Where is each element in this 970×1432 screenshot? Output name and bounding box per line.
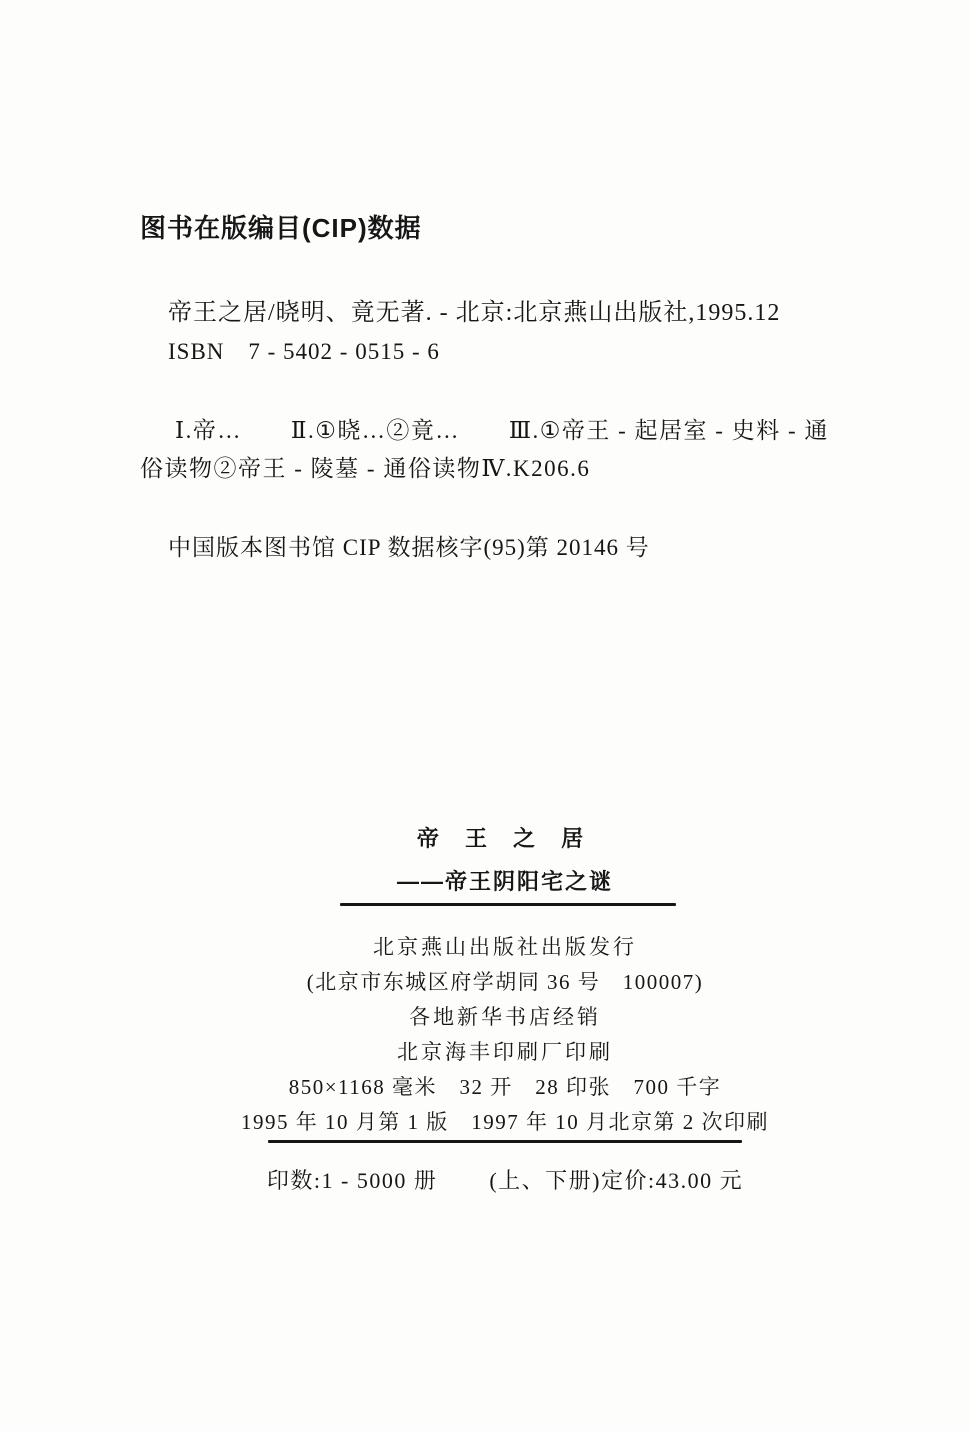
- distribution-line: 各地新华书店经销: [240, 1000, 770, 1035]
- divider-line-top: [340, 903, 676, 906]
- divider-line-bottom: [268, 1140, 742, 1143]
- cip-classification-line-2: 俗读物②帝王 - 陵墓 - 通俗读物Ⅳ.K206.6: [140, 450, 590, 483]
- edition-line: 1995 年 10 月第 1 版 1997 年 10 月北京第 2 次印刷: [240, 1105, 770, 1140]
- book-subtitle: ——帝王阴阳宅之谜: [240, 865, 770, 896]
- book-title: 帝 王 之 居: [240, 822, 770, 853]
- cip-record-line: 帝王之居/晓明、竟无著. - 北京:北京燕山出版社,1995.12: [168, 292, 780, 327]
- publisher-line: 北京燕山出版社出版发行: [240, 930, 770, 965]
- cip-heading: 图书在版编目(CIP)数据: [140, 208, 422, 245]
- cip-classification-line-1: Ⅰ.帝… Ⅱ.①晓…②竟… Ⅲ.①帝王 - 起居室 - 史料 - 通: [175, 412, 829, 445]
- colophon-details-block: 北京燕山出版社出版发行 (北京市东城区府学胡同 36 号 100007) 各地新…: [240, 930, 770, 1140]
- isbn-line: ISBN 7 - 5402 - 0515 - 6: [168, 333, 440, 366]
- colophon-title-block: 帝 王 之 居 ——帝王阴阳宅之谜: [240, 822, 770, 896]
- publisher-address-line: (北京市东城区府学胡同 36 号 100007): [240, 965, 770, 1000]
- print-run-price-line: 印数:1 - 5000 册 (上、下册)定价:43.00 元: [240, 1164, 770, 1195]
- price-text: (上、下册)定价:43.00 元: [489, 1164, 743, 1195]
- printer-line: 北京海丰印刷厂印刷: [240, 1035, 770, 1070]
- format-line: 850×1168 毫米 32 开 28 印张 700 千字: [240, 1070, 770, 1105]
- print-run-text: 印数:1 - 5000 册: [267, 1164, 437, 1195]
- book-copyright-page: 图书在版编目(CIP)数据 帝王之居/晓明、竟无著. - 北京:北京燕山出版社,…: [0, 0, 970, 1432]
- cip-number-line: 中国版本图书馆 CIP 数据核字(95)第 20146 号: [168, 529, 650, 562]
